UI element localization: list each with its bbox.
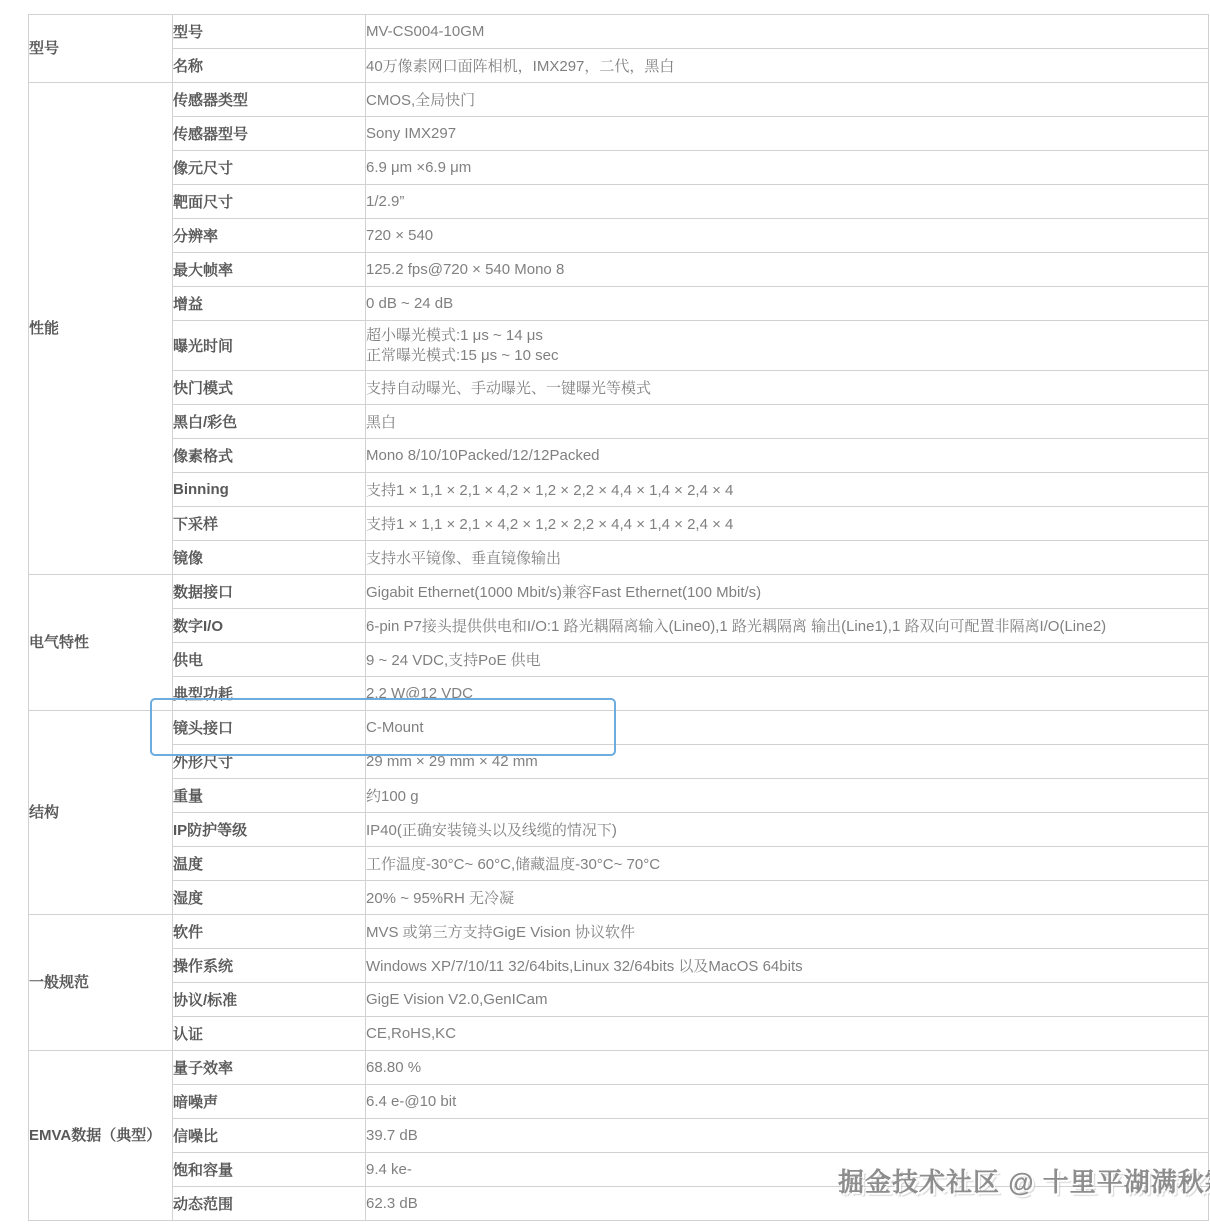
spec-label: 镜像: [173, 541, 366, 575]
spec-value: 黑白: [366, 405, 1209, 439]
spec-value: 1/2.9”: [366, 185, 1209, 219]
spec-table-body: 型号型号MV-CS004-10GM名称40万像素网口面阵相机，IMX297，二代…: [29, 15, 1209, 1221]
spec-label: 黑白/彩色: [173, 405, 366, 439]
table-row: 电气特性数据接口Gigabit Ethernet(1000 Mbit/s)兼容F…: [29, 575, 1209, 609]
table-row: 认证CE,RoHS,KC: [29, 1017, 1209, 1051]
spec-label: 传感器类型: [173, 83, 366, 117]
page: 型号型号MV-CS004-10GM名称40万像素网口面阵相机，IMX297，二代…: [0, 0, 1210, 1224]
spec-label: 温度: [173, 847, 366, 881]
table-row: 靶面尺寸1/2.9”: [29, 185, 1209, 219]
table-row: 型号型号MV-CS004-10GM: [29, 15, 1209, 49]
spec-value: Gigabit Ethernet(1000 Mbit/s)兼容Fast Ethe…: [366, 575, 1209, 609]
spec-value: CE,RoHS,KC: [366, 1017, 1209, 1051]
category-cell: EMVA数据（典型）: [29, 1051, 173, 1221]
table-row: 一般规范软件MVS 或第三方支持GigE Vision 协议软件: [29, 915, 1209, 949]
spec-label: 增益: [173, 287, 366, 321]
spec-value: 0 dB ~ 24 dB: [366, 287, 1209, 321]
spec-value: MV-CS004-10GM: [366, 15, 1209, 49]
table-row: 像元尺寸6.9 μm ×6.9 μm: [29, 151, 1209, 185]
spec-label: 最大帧率: [173, 253, 366, 287]
table-row: 操作系统Windows XP/7/10/11 32/64bits,Linux 3…: [29, 949, 1209, 983]
table-row: 温度工作温度-30°C~ 60°C,储藏温度-30°C~ 70°C: [29, 847, 1209, 881]
table-row: 镜像支持水平镜像、垂直镜像输出: [29, 541, 1209, 575]
spec-value: Mono 8/10/10Packed/12/12Packed: [366, 439, 1209, 473]
spec-label: 型号: [173, 15, 366, 49]
spec-value: 支持1 × 1,1 × 2,1 × 4,2 × 1,2 × 2,2 × 4,4 …: [366, 507, 1209, 541]
spec-value: 39.7 dB: [366, 1119, 1209, 1153]
table-row: 增益0 dB ~ 24 dB: [29, 287, 1209, 321]
table-row: 信噪比39.7 dB: [29, 1119, 1209, 1153]
spec-label: 像素格式: [173, 439, 366, 473]
table-row: 湿度20% ~ 95%RH 无冷凝: [29, 881, 1209, 915]
spec-label: 供电: [173, 643, 366, 677]
table-row: 名称40万像素网口面阵相机，IMX297，二代，黑白: [29, 49, 1209, 83]
table-row: 暗噪声6.4 e-@10 bit: [29, 1085, 1209, 1119]
spec-value: 40万像素网口面阵相机，IMX297，二代，黑白: [366, 49, 1209, 83]
spec-label: 外形尺寸: [173, 745, 366, 779]
table-row: Binning支持1 × 1,1 × 2,1 × 4,2 × 1,2 × 2,2…: [29, 473, 1209, 507]
spec-label: 信噪比: [173, 1119, 366, 1153]
spec-value: IP40(正确安装镜头以及线缆的情况下): [366, 813, 1209, 847]
spec-value: 工作温度-30°C~ 60°C,储藏温度-30°C~ 70°C: [366, 847, 1209, 881]
spec-label: 重量: [173, 779, 366, 813]
table-row: 数字I/O6-pin P7接头提供供电和I/O:1 路光耦隔离输入(Line0)…: [29, 609, 1209, 643]
category-cell: 结构: [29, 711, 173, 915]
spec-label: 名称: [173, 49, 366, 83]
table-row: 传感器型号Sony IMX297: [29, 117, 1209, 151]
table-row: 重量约100 g: [29, 779, 1209, 813]
spec-value: 9 ~ 24 VDC,支持PoE 供电: [366, 643, 1209, 677]
spec-label: 数据接口: [173, 575, 366, 609]
table-row: 供电9 ~ 24 VDC,支持PoE 供电: [29, 643, 1209, 677]
spec-label: 传感器型号: [173, 117, 366, 151]
spec-label: 靶面尺寸: [173, 185, 366, 219]
spec-label: 数字I/O: [173, 609, 366, 643]
spec-value: Windows XP/7/10/11 32/64bits,Linux 32/64…: [366, 949, 1209, 983]
table-row: 外形尺寸29 mm × 29 mm × 42 mm: [29, 745, 1209, 779]
spec-value: 125.2 fps@720 × 540 Mono 8: [366, 253, 1209, 287]
category-cell: 一般规范: [29, 915, 173, 1051]
spec-label: Binning: [173, 473, 366, 507]
spec-label: 典型功耗: [173, 677, 366, 711]
table-row: 最大帧率125.2 fps@720 × 540 Mono 8: [29, 253, 1209, 287]
spec-label: 镜头接口: [173, 711, 366, 745]
spec-value: CMOS,全局快门: [366, 83, 1209, 117]
spec-value: 支持自动曝光、手动曝光、一键曝光等模式: [366, 371, 1209, 405]
watermark: 掘金技术社区 @ 十里平湖满秋霜: [838, 1162, 1210, 1199]
table-row: 曝光时间超小曝光模式:1 μs ~ 14 μs正常曝光模式:15 μs ~ 10…: [29, 321, 1209, 371]
spec-label: 分辨率: [173, 219, 366, 253]
spec-label: 曝光时间: [173, 321, 366, 371]
spec-label: IP防护等级: [173, 813, 366, 847]
spec-label: 量子效率: [173, 1051, 366, 1085]
spec-label: 软件: [173, 915, 366, 949]
table-row: 下采样支持1 × 1,1 × 2,1 × 4,2 × 1,2 × 2,2 × 4…: [29, 507, 1209, 541]
category-cell: 性能: [29, 83, 173, 575]
spec-value: 2.2 W@12 VDC: [366, 677, 1209, 711]
spec-label: 动态范围: [173, 1187, 366, 1221]
table-row: EMVA数据（典型）量子效率68.80 %: [29, 1051, 1209, 1085]
spec-value: MVS 或第三方支持GigE Vision 协议软件: [366, 915, 1209, 949]
spec-label: 下采样: [173, 507, 366, 541]
spec-value: 29 mm × 29 mm × 42 mm: [366, 745, 1209, 779]
spec-value: GigE Vision V2.0,GenICam: [366, 983, 1209, 1017]
spec-value: Sony IMX297: [366, 117, 1209, 151]
spec-label: 饱和容量: [173, 1153, 366, 1187]
table-row: 结构镜头接口C-Mount: [29, 711, 1209, 745]
table-row: IP防护等级IP40(正确安装镜头以及线缆的情况下): [29, 813, 1209, 847]
category-cell: 型号: [29, 15, 173, 83]
spec-value: 支持水平镜像、垂直镜像输出: [366, 541, 1209, 575]
spec-label: 操作系统: [173, 949, 366, 983]
table-row: 协议/标准GigE Vision V2.0,GenICam: [29, 983, 1209, 1017]
spec-label: 湿度: [173, 881, 366, 915]
spec-label: 暗噪声: [173, 1085, 366, 1119]
spec-value: 6.4 e-@10 bit: [366, 1085, 1209, 1119]
spec-label: 认证: [173, 1017, 366, 1051]
spec-value: 20% ~ 95%RH 无冷凝: [366, 881, 1209, 915]
table-row: 像素格式Mono 8/10/10Packed/12/12Packed: [29, 439, 1209, 473]
spec-value: 约100 g: [366, 779, 1209, 813]
spec-value: 6.9 μm ×6.9 μm: [366, 151, 1209, 185]
spec-value: 6-pin P7接头提供供电和I/O:1 路光耦隔离输入(Line0),1 路光…: [366, 609, 1209, 643]
table-row: 典型功耗2.2 W@12 VDC: [29, 677, 1209, 711]
spec-value: C-Mount: [366, 711, 1209, 745]
category-cell: 电气特性: [29, 575, 173, 711]
table-row: 性能传感器类型CMOS,全局快门: [29, 83, 1209, 117]
spec-label: 快门模式: [173, 371, 366, 405]
spec-label: 像元尺寸: [173, 151, 366, 185]
spec-value: 68.80 %: [366, 1051, 1209, 1085]
spec-value: 720 × 540: [366, 219, 1209, 253]
table-row: 黑白/彩色黑白: [29, 405, 1209, 439]
spec-value: 支持1 × 1,1 × 2,1 × 4,2 × 1,2 × 2,2 × 4,4 …: [366, 473, 1209, 507]
spec-table: 型号型号MV-CS004-10GM名称40万像素网口面阵相机，IMX297，二代…: [28, 14, 1209, 1221]
spec-value: 超小曝光模式:1 μs ~ 14 μs正常曝光模式:15 μs ~ 10 sec: [366, 321, 1209, 371]
table-row: 快门模式支持自动曝光、手动曝光、一键曝光等模式: [29, 371, 1209, 405]
table-row: 分辨率720 × 540: [29, 219, 1209, 253]
spec-label: 协议/标准: [173, 983, 366, 1017]
